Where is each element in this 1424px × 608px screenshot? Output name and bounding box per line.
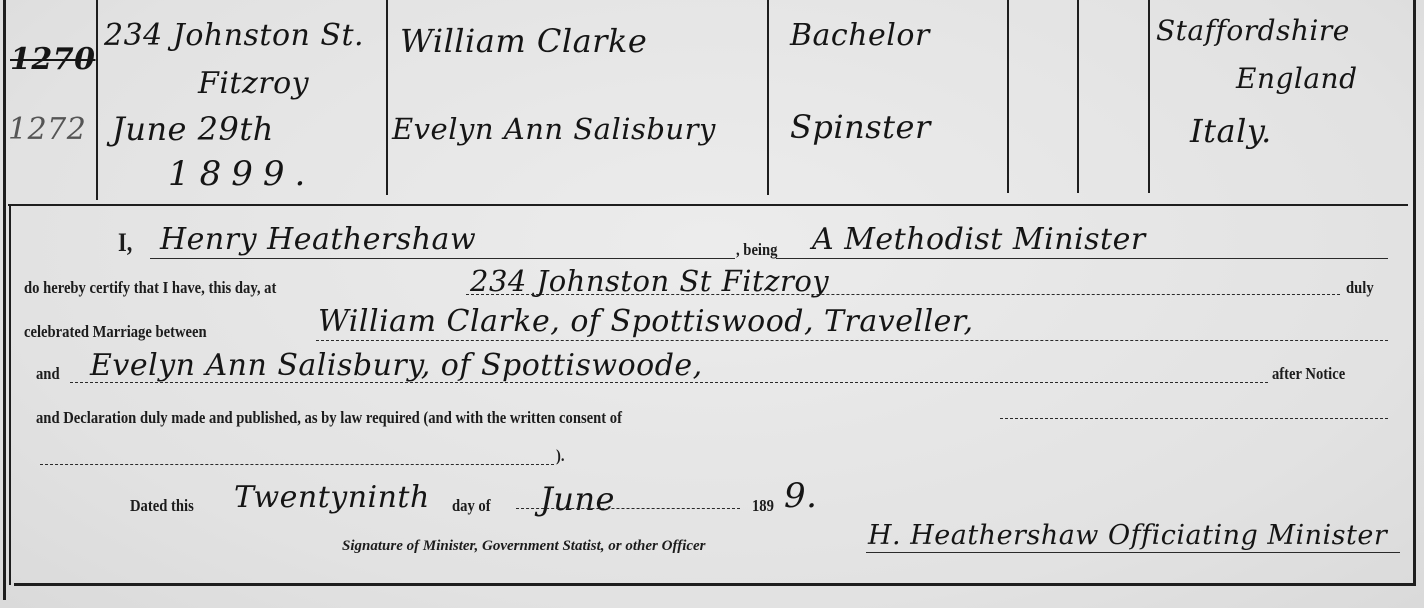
groom-details: William Clarke, of Spottiswood, Travelle… <box>318 304 974 339</box>
denomination-line <box>776 258 1388 259</box>
certify-label: do hereby certify that I have, this day,… <box>24 278 276 298</box>
day-of-label: day of <box>452 496 491 516</box>
minister-name-line <box>150 258 735 259</box>
dated-label: Dated this <box>130 496 194 516</box>
year-suffix: 9. <box>784 476 817 516</box>
place-line-1: 234 Johnston St. <box>104 18 364 53</box>
col-sep-3 <box>767 0 769 195</box>
minister-name: Henry Heathershaw <box>160 222 476 257</box>
and-label: and <box>36 364 60 384</box>
row-divider <box>8 204 1408 206</box>
bride-details-line <box>70 382 1268 383</box>
signature-label: Signature of Minister, Government Statis… <box>342 538 706 555</box>
groom-name: William Clarke <box>400 22 647 60</box>
marriage-register-page: 1270 1272 234 Johnston St. Fitzroy June … <box>0 0 1424 608</box>
after-notice-label: after Notice <box>1272 364 1345 384</box>
being-label: , being <box>736 240 777 260</box>
entry-number: 1272 <box>8 112 86 147</box>
minister-denomination: A Methodist Minister <box>812 222 1146 257</box>
right-border <box>1413 0 1416 586</box>
col-sep-1 <box>96 0 98 200</box>
ceremony-place-line <box>466 294 1340 295</box>
bride-condition: Spinster <box>790 108 931 146</box>
celebrated-label: celebrated Marriage between <box>24 322 207 342</box>
bottom-border <box>14 583 1415 586</box>
entry-number-struck: 1270 <box>10 42 96 77</box>
consent-line <box>1000 418 1388 419</box>
groom-birthplace-county: Staffordshire <box>1156 14 1350 47</box>
duly-label: duly <box>1346 278 1374 298</box>
bride-birthplace: Italy. <box>1190 112 1272 150</box>
groom-condition: Bachelor <box>790 18 930 53</box>
i-label: I, <box>118 228 132 258</box>
month-value: June <box>540 480 615 518</box>
groom-birthplace-country: England <box>1236 62 1358 95</box>
declaration-label: and Declaration duly made and published,… <box>36 408 622 428</box>
bride-name: Evelyn Ann Salisbury <box>392 112 716 146</box>
col-sep-6 <box>1148 0 1150 193</box>
year-prefix: 189 <box>752 496 774 516</box>
consent-line-2 <box>40 464 554 465</box>
month-line <box>516 508 740 509</box>
year-line: 1899. <box>168 154 315 194</box>
bride-details: Evelyn Ann Salisbury, of Spottiswoode, <box>90 348 703 383</box>
place-line-2: Fitzroy <box>198 66 309 101</box>
ceremony-place: 234 Johnston St Fitzroy <box>470 264 829 298</box>
left-border <box>3 0 6 600</box>
signature-line <box>866 552 1400 553</box>
signature-value: H. Heathershaw Officiating Minister <box>868 520 1387 551</box>
consent-close: ). <box>556 446 565 466</box>
col-sep-5 <box>1077 0 1079 193</box>
day-value: Twentyninth <box>234 480 430 515</box>
inner-left-border <box>9 205 11 585</box>
groom-details-line <box>316 340 1388 341</box>
col-sep-4 <box>1007 0 1009 193</box>
date-line: June 29th <box>112 110 274 148</box>
col-sep-2 <box>386 0 388 195</box>
